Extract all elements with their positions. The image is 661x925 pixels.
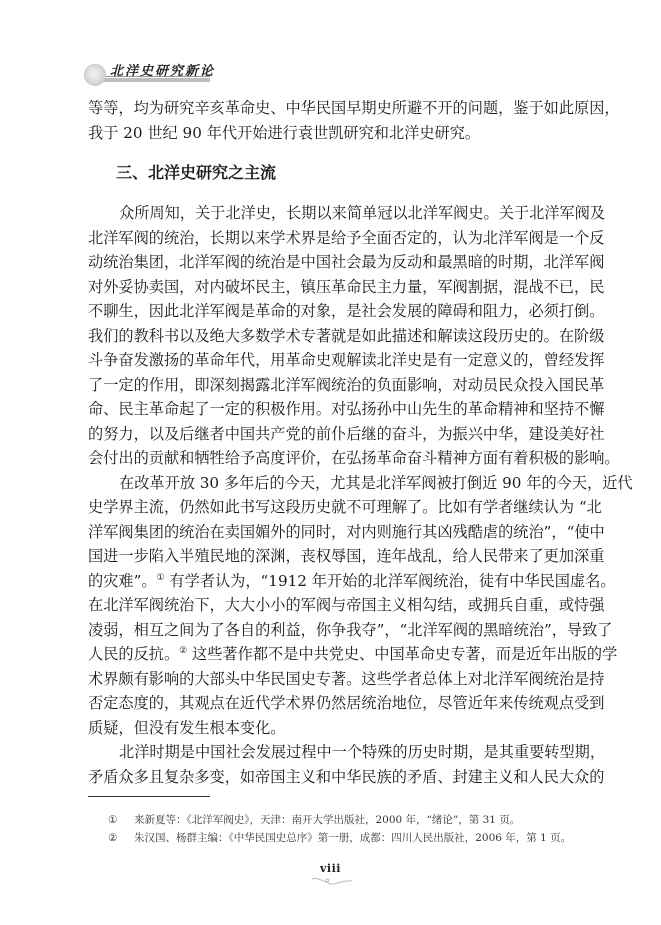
text-line: 史学界主流，仍然如此书写这段历史就不可理解了。比如有学者继续认为 “北 <box>88 497 602 517</box>
footnote-ref-2[interactable]: ② <box>179 646 187 656</box>
text-line: 人民的反抗。② 这些著作都不是中共党史、中国革命史专著，而是近年出版的学 <box>88 644 617 664</box>
footnote-1: ①来新夏等：《北洋军阀史》，天津：南开大学出版社，2000 年，“绪论”，第 3… <box>108 813 520 827</box>
text-line: 不聊生，因此北洋军阀是革命的对象，是社会发展的障碍和阻力，必须打倒。 <box>88 301 604 321</box>
text-line: 众所周知，关于北洋史，长期以来简单冠以北洋军阀史。关于北洋军阀及 <box>119 203 605 223</box>
text-line: 斗争奋发激扬的革命年代，用革命史观解读北洋史是有一定意义的，曾经发挥 <box>88 350 604 370</box>
footnote-2: ②朱汉国、杨群主编：《中华民国史总序》第一册，成都：四川人民出版社，2006 年… <box>108 831 571 845</box>
text-line: 否定态度的，其观点在近代学术界仍然居统治地位，尽管近年来传统观点受到 <box>88 693 604 713</box>
text-line: 凌弱，相互之间为了各自的利益，你争我夺”，“北洋军阀的黑暗统治”，导致了 <box>88 620 612 640</box>
footnote-ref-1[interactable]: ① <box>157 573 165 583</box>
flourish-ornament-icon <box>310 876 354 886</box>
footnote-divider <box>88 796 210 797</box>
text-line: 洋军阀集团的统治在卖国媚外的同时，对内则施行其凶残酷虐的统治”，“使中 <box>88 522 605 542</box>
text-line: 的努力，以及后继者中国共产党的前仆后继的奋斗，为振兴中华，建设美好社 <box>88 424 604 444</box>
book-title: 北洋史研究新论 <box>110 60 215 79</box>
text-segment: 有学者认为，“1912 年开始的北洋军阀统治，徒有中华民国虚名。 <box>165 572 616 590</box>
text-segment: 人民的反抗。 <box>88 645 179 663</box>
text-line: 矛盾众多且复杂多变，如帝国主义和中华民族的矛盾、封建主义和人民大众的 <box>88 767 604 787</box>
text-line: 对外妥协卖国，对内破坏民主，镇压革命民主力量，军阀割据，混战不已，民 <box>88 277 604 297</box>
text-line: 了一定的作用，即深刻揭露北洋军阀统治的负面影响，对动员民众投入国民革 <box>88 375 604 395</box>
text-line: 质疑，但没有发生根本变化。 <box>88 718 285 738</box>
text-line: 会付出的贡献和牺牲给予高度评价，在弘扬革命奋斗精神方面有着积极的影响。 <box>88 448 620 468</box>
text-line: 北洋军阀的统治，长期以来学术界是给予全面否定的，认为北洋军阀是一个反 <box>88 228 604 248</box>
footnote-text: 来新夏等：《北洋军阀史》，天津：南开大学出版社，2000 年，“绪论”，第 31… <box>134 814 520 826</box>
page-number: viii <box>0 862 661 875</box>
text-line: 在改革开放 30 多年后的今天，尤其是北洋军阀被打倒近 90 年的今天，近代 <box>119 473 633 493</box>
footnote-mark: ② <box>108 831 134 845</box>
text-line: 命、民主革命起了一定的积极作用。对弘扬孙中山先生的革命精神和坚持不懈 <box>88 399 604 419</box>
text-line: 在北洋军阀统治下，大大小小的军阀与帝国主义相勾结，或拥兵自重，或恃强 <box>88 595 604 615</box>
text-line: 动统治集团，北洋军阀的统治是中国社会最为反动和最黑暗的时期，北洋军阀 <box>88 252 604 272</box>
text-line: 我们的教科书以及绝大多数学术专著就是如此描述和解读这段历史的。在阶级 <box>88 326 604 346</box>
text-segment: 这些著作都不是中共党史、中国革命史专著，而是近年出版的学 <box>187 645 617 663</box>
text-line: 等等，均为研究辛亥革命史、中华民国早期史所避不开的问题，鉴于如此原因， <box>88 98 620 118</box>
text-line: 术界颇有影响的大部头中华民国史专著。这些学者总体上对北洋军阀统治是持 <box>88 669 604 689</box>
footnote-mark: ① <box>108 813 134 827</box>
text-line: 我于 20 世纪 90 年代开始进行袁世凯研究和北洋史研究。 <box>88 123 480 143</box>
seal-emblem-icon <box>84 64 106 86</box>
text-line: 国进一步陷入半殖民地的深渊，丧权辱国，连年战乱，给人民带来了更加深重 <box>88 546 604 566</box>
text-segment: 的灾难”。 <box>88 572 157 590</box>
section-heading: 三、北洋史研究之主流 <box>116 163 276 183</box>
footnote-text: 朱汉国、杨群主编：《中华民国史总序》第一册，成都：四川人民出版社，2006 年，… <box>134 832 571 844</box>
text-line: 的灾难”。① 有学者认为，“1912 年开始的北洋军阀统治，徒有中华民国虚名。 <box>88 571 616 591</box>
running-header: 北洋史研究新论 <box>84 58 210 88</box>
text-line: 北洋时期是中国社会发展过程中一个特殊的历史时期，是其重要转型期， <box>119 742 605 762</box>
